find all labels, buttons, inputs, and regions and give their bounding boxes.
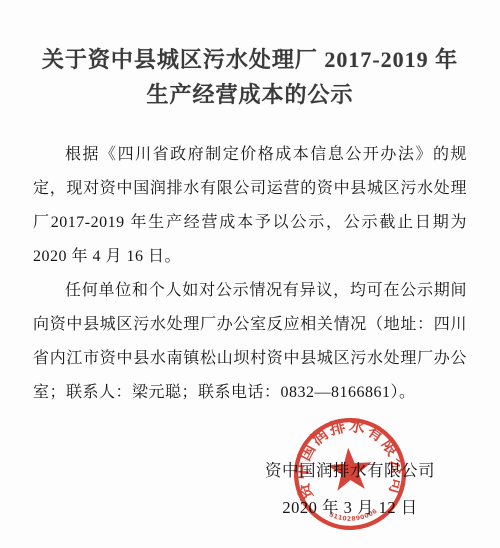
paragraph-basis: 根据《四川省政府制定价格成本信息公开办法》的规定，现对资中国润排水有限公司运营的… — [33, 138, 467, 274]
title-line-1: 关于资中县城区污水处理厂 2017-2019 年 — [0, 42, 500, 77]
company-seal: 资中国润排水有限公司 5110289000662 — [285, 409, 415, 539]
title-line-2: 生产经营成本的公示 — [0, 77, 500, 112]
document-body: 根据《四川省政府制定价格成本信息公开办法》的规定，现对资中国润排水有限公司运营的… — [33, 138, 467, 410]
document-title: 关于资中县城区污水处理厂 2017-2019 年 生产经营成本的公示 — [0, 42, 500, 112]
seal-star-icon — [326, 446, 373, 491]
document-page: 关于资中县城区污水处理厂 2017-2019 年 生产经营成本的公示 根据《四川… — [0, 0, 500, 548]
paragraph-contact: 任何单位和个人如对公示情况有异议，均可在公示期间向资中县城区污水处理厂办公室反应… — [33, 274, 467, 410]
